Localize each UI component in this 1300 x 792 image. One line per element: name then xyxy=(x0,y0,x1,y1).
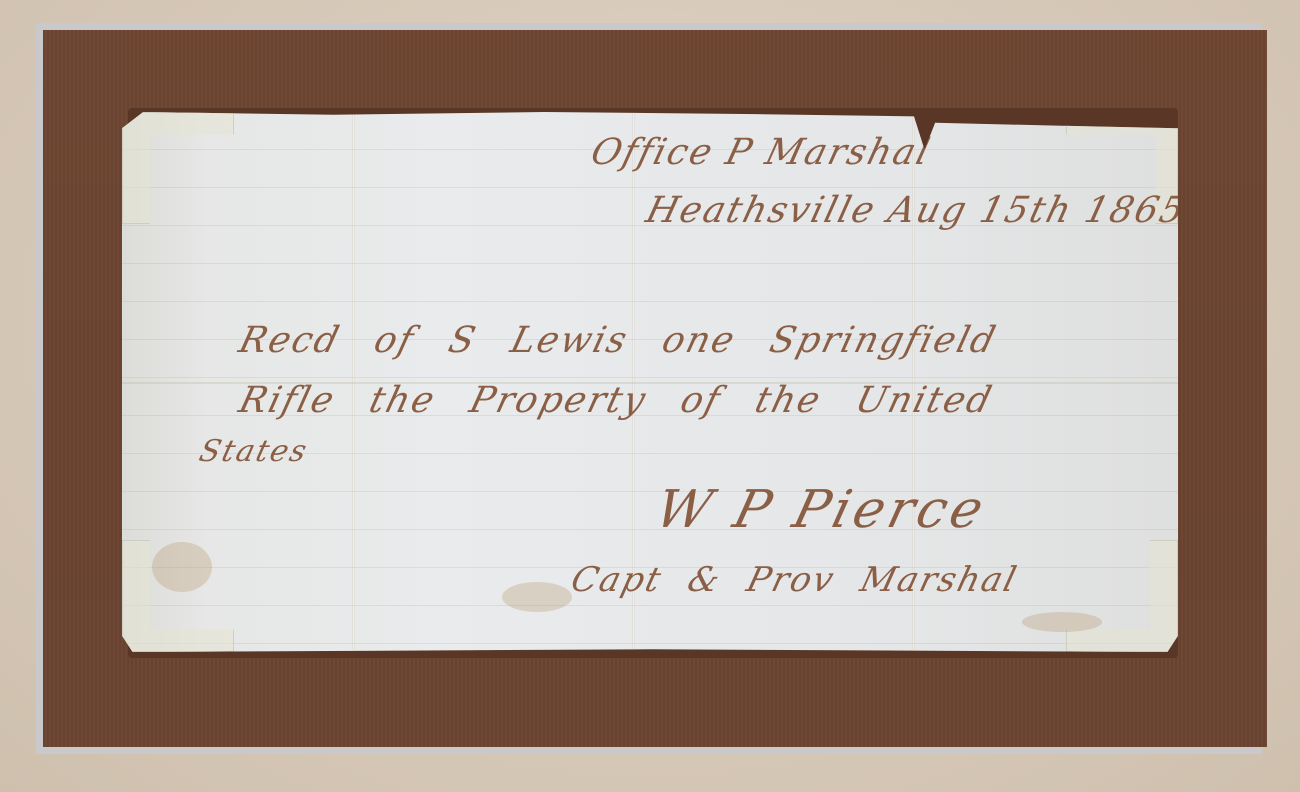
photo-corner-mount xyxy=(122,112,234,224)
place-date: Heathsville Aug 15th 1865 xyxy=(642,190,1190,231)
body-line-2: Rifle the Property of the United xyxy=(235,380,997,421)
photo-corner-mount xyxy=(1066,540,1178,652)
signature: W P Pierce xyxy=(650,480,994,540)
receipt-document: Office P Marshal Heathsville Aug 15th 18… xyxy=(122,112,1178,652)
stain xyxy=(152,542,212,592)
stain xyxy=(502,582,572,612)
body-line-1: Recd of S Lewis one Springfield xyxy=(235,320,1001,361)
stain xyxy=(1022,612,1102,632)
body-line-3: States xyxy=(196,434,312,469)
signatory-title: Capt & Prov Marshal xyxy=(567,560,1022,600)
office-heading: Office P Marshal xyxy=(587,132,936,173)
